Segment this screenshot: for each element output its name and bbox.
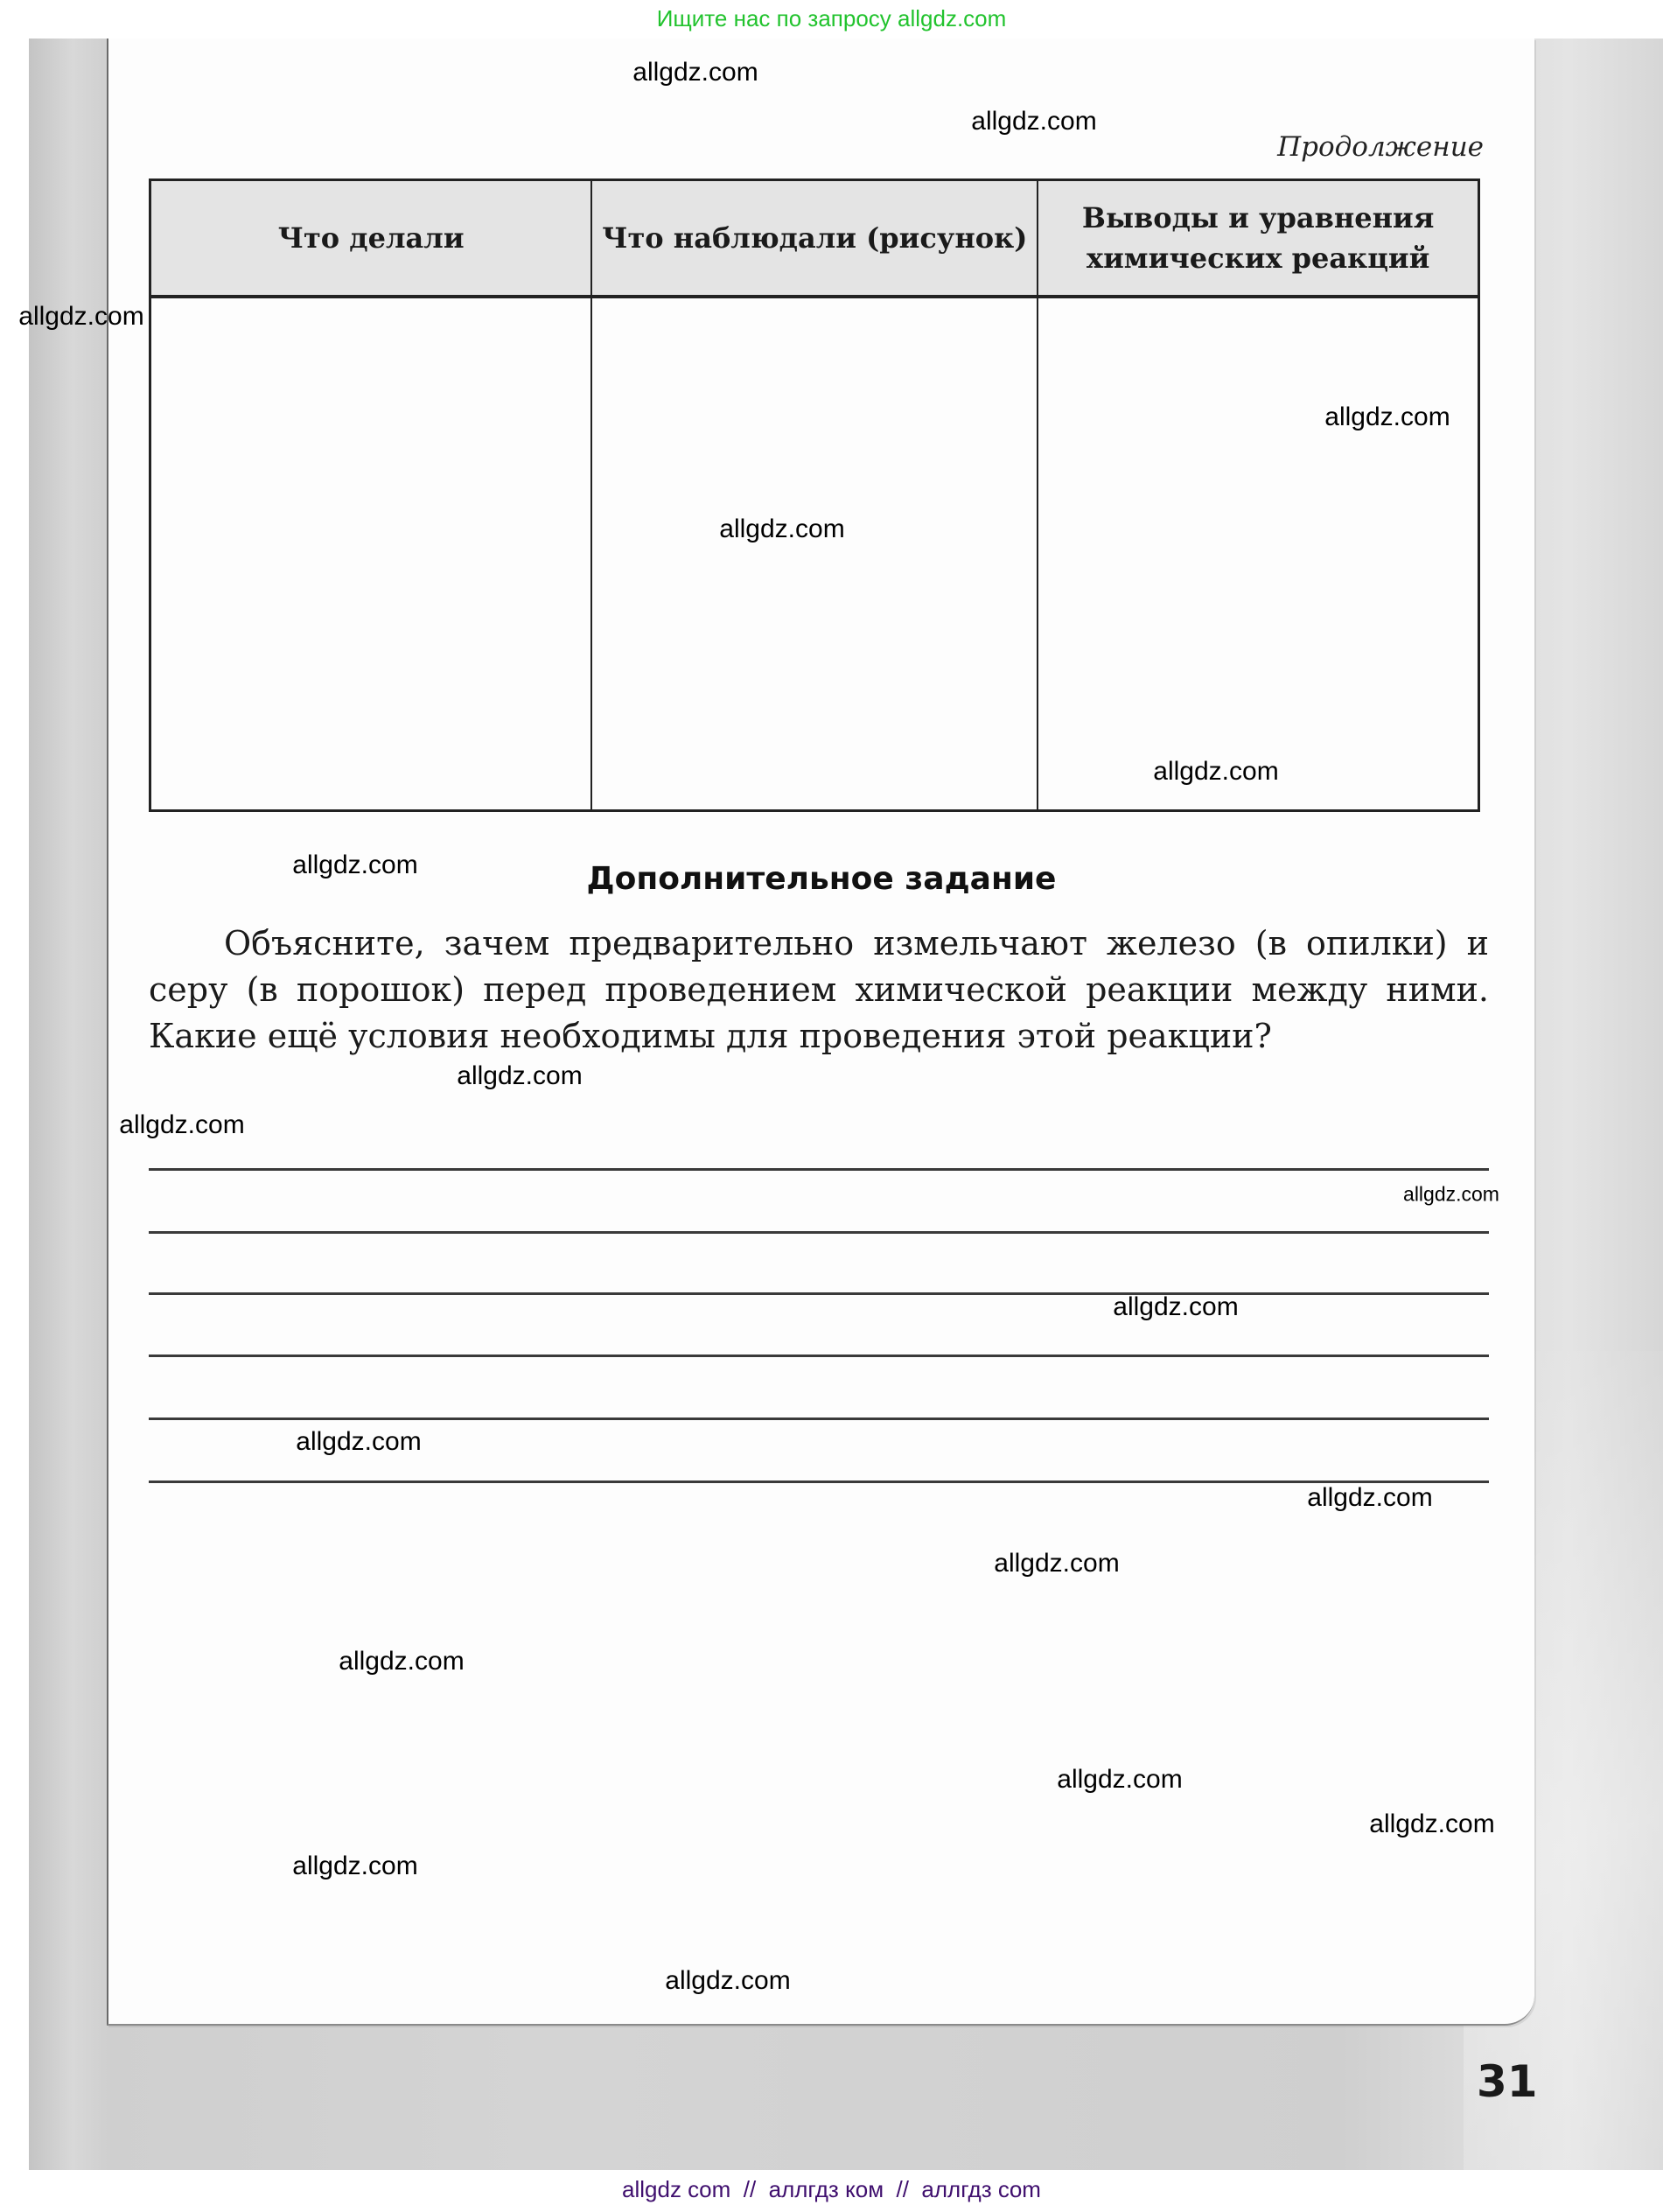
column-header-conclusions: Выводы и уравнения химических реакций	[1038, 180, 1478, 297]
watermark-text: allgdz.com	[339, 1647, 464, 1676]
answer-line[interactable]	[149, 1480, 1489, 1483]
cell-conclusions[interactable]	[1038, 297, 1478, 811]
watermark-text: allgdz.com	[1057, 1765, 1182, 1795]
continuation-label: Продолжение	[1277, 131, 1484, 163]
watermark-text: allgdz.com	[665, 1966, 790, 1996]
watermark-text: allgdz.com	[1369, 1809, 1494, 1839]
cell-observations[interactable]	[591, 297, 1038, 811]
footer-banner[interactable]: allgdz com // аллгдз ком // аллгдз com	[0, 2170, 1663, 2212]
watermark-text: allgdz.com	[292, 850, 417, 880]
watermark-text: allgdz.com	[457, 1061, 582, 1091]
watermark-text: allgdz.com	[994, 1549, 1119, 1578]
workbook-page: Продолжение Что делали Что наблюдали (ри…	[107, 38, 1534, 2026]
watermark-text: allgdz.com	[632, 58, 758, 87]
table-row	[150, 297, 1479, 811]
column-header-actions: Что делали	[150, 180, 592, 297]
watermark-text: allgdz.com	[1113, 1292, 1238, 1322]
answer-line[interactable]	[149, 1168, 1489, 1171]
watermark-text: allgdz.com	[1324, 402, 1450, 432]
answer-line[interactable]	[149, 1292, 1489, 1295]
watermark-text: allgdz.com	[1307, 1483, 1432, 1513]
watermark-text: allgdz.com	[971, 107, 1096, 136]
answer-line[interactable]	[149, 1231, 1489, 1234]
page-number: 31	[1477, 2056, 1538, 2107]
table-header-row: Что делали Что наблюдали (рисунок) Вывод…	[150, 180, 1479, 297]
extra-task-text: Объясните, зачем предварительно измельча…	[149, 920, 1489, 1060]
answer-line[interactable]	[149, 1417, 1489, 1420]
watermark-text: allgdz.com	[119, 1110, 244, 1140]
watermark-text: allgdz.com	[296, 1427, 421, 1457]
answer-line[interactable]	[149, 1354, 1489, 1357]
watermark-text: allgdz.com	[1153, 757, 1278, 787]
watermark-text: allgdz.com	[719, 514, 844, 544]
watermark-text: allgdz.com	[292, 1851, 417, 1881]
watermark-text: allgdz.com	[18, 302, 143, 332]
cell-actions[interactable]	[150, 297, 592, 811]
watermark-text: allgdz.com	[1403, 1183, 1499, 1207]
report-table: Что делали Что наблюдали (рисунок) Вывод…	[149, 178, 1480, 812]
top-search-banner[interactable]: Ищите нас по запросу allgdz.com	[0, 0, 1663, 38]
column-header-observations: Что наблюдали (рисунок)	[591, 180, 1038, 297]
